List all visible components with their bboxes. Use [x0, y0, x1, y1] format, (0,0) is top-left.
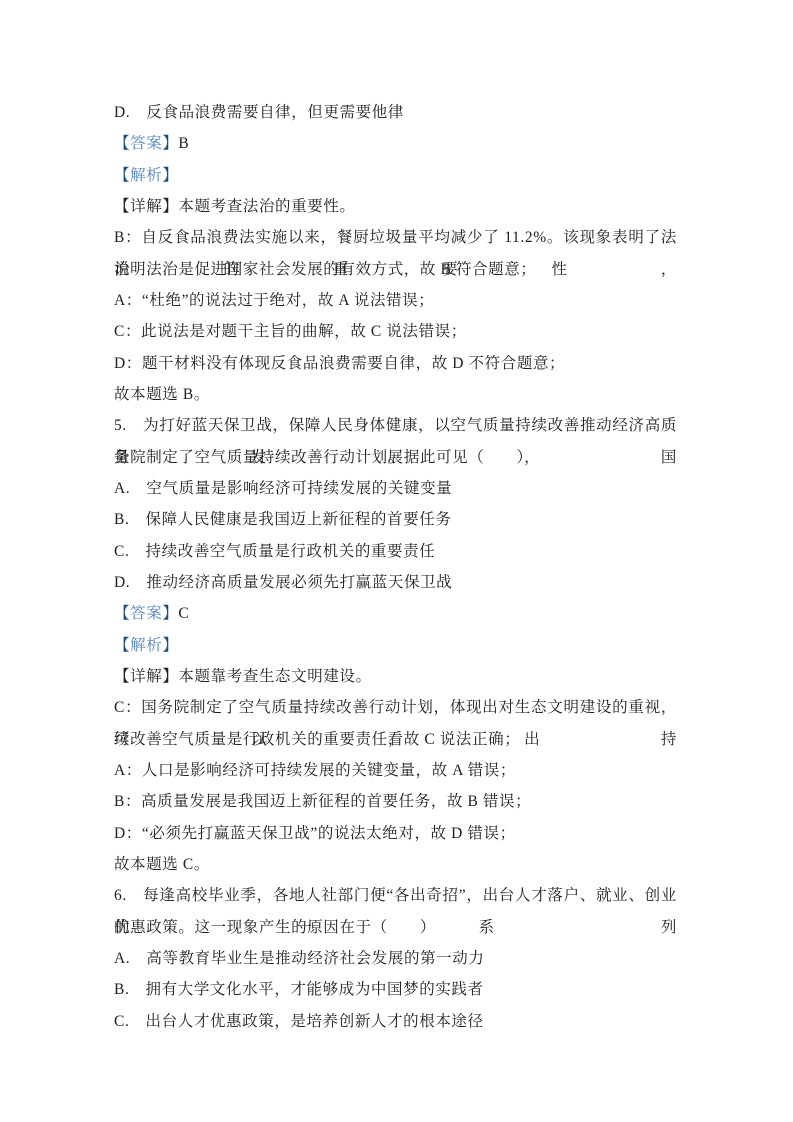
option-line: A. 空气质量是影响经济可持续发展的关键变量	[114, 473, 677, 504]
question-text-line: 6. 每逢高校毕业季，各地人社部门便“各出奇招”，出台人才落户、就业、创业的一系…	[114, 880, 677, 911]
answer-tag-label: 答案	[130, 605, 162, 622]
paragraph-line: D：题干材料没有体现反食品浪费需要自律，故 D 不符合题意；	[114, 348, 677, 379]
paragraph-line: B：自反食品浪费法实施以来，餐厨垃圾量平均减少了 11.2%。该现象表明了法治的…	[114, 222, 677, 253]
question-text-line: 5. 为打好蓝天保卫战，保障人民身体健康，以空气质量持续改善推动经济高质量发展，…	[114, 410, 677, 441]
document-page: D. 反食品浪费需要自律，但更需要他律【答案】B【解析】【详解】本题考查法治的重…	[0, 0, 793, 1122]
analysis-line: 【解析】	[114, 630, 677, 661]
paragraph-line: A：“杜绝”的说法过于绝对，故 A 说法错误；	[114, 285, 677, 316]
paragraph-line: 故本题选 C。	[114, 849, 677, 880]
paragraph-line: C：此说法是对题干主旨的曲解，故 C 说法错误；	[114, 316, 677, 347]
bracket-open-glyph: 【	[114, 668, 130, 685]
option-line: D. 推动经济高质量发展必须先打赢蓝天保卫战	[114, 567, 677, 598]
paragraph-line: C：国务院制定了空气质量持续改善行动计划，体现出对生态文明建设的重视，可以看出持	[114, 692, 677, 723]
option-line: C. 持续改善空气质量是行政机关的重要责任	[114, 536, 677, 567]
explanation-tag-label: 详解	[130, 668, 162, 685]
explanation-line: 【详解】本题考查法治的重要性。	[114, 191, 677, 222]
paragraph-line: 故本题选 B。	[114, 379, 677, 410]
bracket-open-glyph: 【	[114, 135, 130, 152]
answer-tag-label: 答案	[130, 135, 162, 152]
explanation-tag-label: 详解	[130, 198, 162, 215]
bracket-close-glyph: 】	[162, 637, 178, 654]
option-line: B. 保障人民健康是我国迈上新征程的首要任务	[114, 504, 677, 535]
paragraph-line: D：“必须先打赢蓝天保卫战”的说法太绝对，故 D 错误；	[114, 818, 677, 849]
bracket-close-glyph: 】	[162, 198, 178, 215]
option-line: D. 反食品浪费需要自律，但更需要他律	[114, 97, 677, 128]
option-line: B. 拥有大学文化水平，才能够成为中国梦的实践者	[114, 974, 677, 1005]
bracket-open-glyph: 【	[114, 167, 130, 184]
bracket-close-glyph: 】	[162, 668, 178, 685]
bracket-close-glyph: 】	[162, 135, 178, 152]
analysis-tag-label: 解析	[130, 167, 162, 184]
explanation-value: 本题考查法治的重要性。	[178, 198, 355, 215]
bracket-open-glyph: 【	[114, 637, 130, 654]
paragraph-line: A：人口是影响经济可持续发展的关键变量，故 A 错误；	[114, 755, 677, 786]
explanation-value: 本题靠考查生态文明建设。	[178, 668, 371, 685]
option-line: A. 高等教育毕业生是推动经济社会发展的第一动力	[114, 943, 677, 974]
bracket-open-glyph: 【	[114, 198, 130, 215]
answer-line: 【答案】C	[114, 598, 677, 629]
document-body: D. 反食品浪费需要自律，但更需要他律【答案】B【解析】【详解】本题考查法治的重…	[114, 97, 677, 1037]
bracket-close-glyph: 】	[162, 167, 178, 184]
bracket-open-glyph: 【	[114, 605, 130, 622]
paragraph-line: B：高质量发展是我国迈上新征程的首要任务，故 B 错误；	[114, 786, 677, 817]
answer-value: B	[178, 135, 189, 152]
bracket-close-glyph: 】	[162, 605, 178, 622]
analysis-tag-label: 解析	[130, 637, 162, 654]
explanation-line: 【详解】本题靠考查生态文明建设。	[114, 661, 677, 692]
answer-line: 【答案】B	[114, 128, 677, 159]
answer-value: C	[178, 605, 189, 622]
option-line: C. 出台人才优惠政策，是培养创新人才的根本途径	[114, 1006, 677, 1037]
analysis-line: 【解析】	[114, 160, 677, 191]
